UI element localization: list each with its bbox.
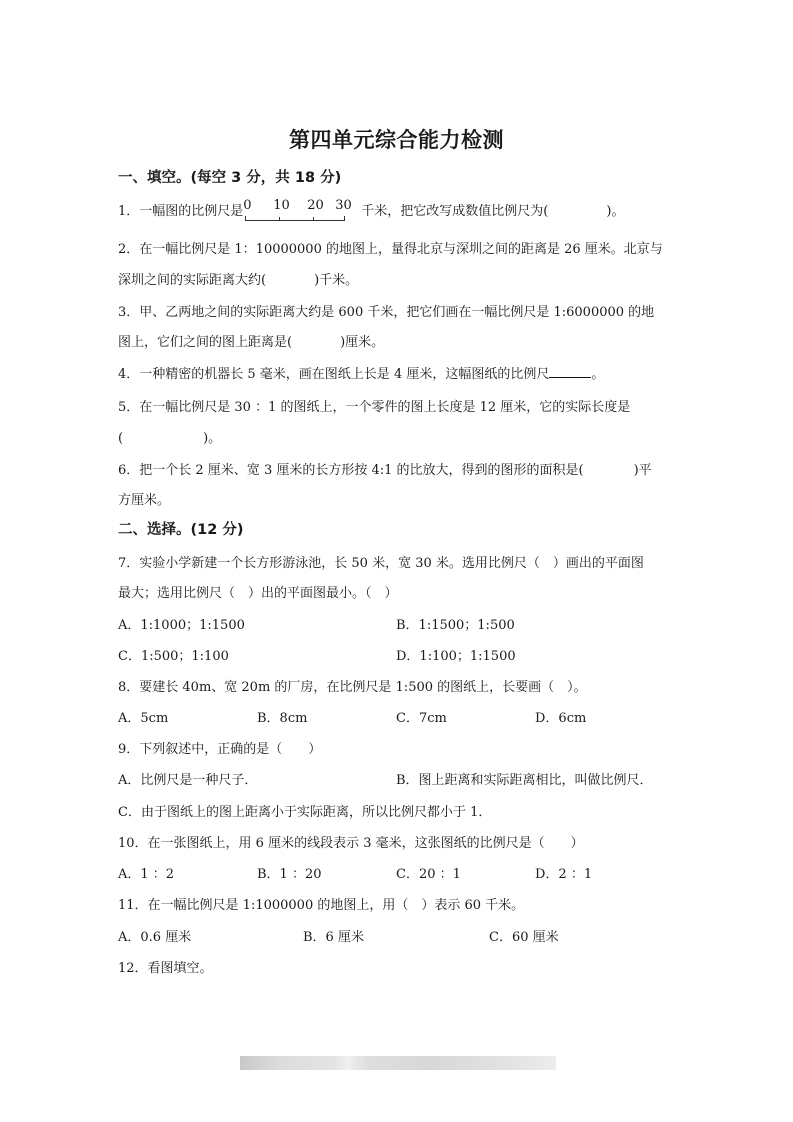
question-2-line-2: 深圳之间的实际距离大约()千米。 (118, 269, 358, 288)
q8-option-a[interactable]: A．5cm (118, 707, 168, 726)
q7-option-c[interactable]: C．1:500；1:100 (118, 645, 229, 664)
question-5-line-1: 5．在一幅比例尺是 30 ：1 的图纸上，一个零件的图上长度是 12 厘米，它的… (118, 396, 630, 415)
question-6-line-2: 方厘米。 (118, 489, 170, 508)
question-7-line-2: 最大；选用比例尺（ ）出的平面图最小。（ ） (118, 582, 398, 601)
q10-option-d[interactable]: D．2 ：1 (535, 863, 592, 882)
q7-option-d[interactable]: D．1:100；1:1500 (396, 645, 516, 664)
section-heading-fill-blank: 一、填空。(每空 3 分，共 18 分) (118, 166, 341, 187)
q7-option-a[interactable]: A．1:1000；1:1500 (118, 614, 245, 633)
page-title: 第四单元综合能力检测 (0, 124, 793, 154)
q8-option-d[interactable]: D．6cm (535, 707, 586, 726)
q8-option-c[interactable]: C．7cm (396, 707, 447, 726)
q11-option-c[interactable]: C．60 厘米 (489, 926, 559, 945)
q10-option-c[interactable]: C．20 ：1 (396, 863, 461, 882)
q11-option-b[interactable]: B．6 厘米 (303, 926, 364, 945)
question-4: 4．一种精密的机器长 5 毫米，画在图纸上长是 4 厘米，这幅图纸的比例尺。 (118, 363, 604, 382)
question-5-line-2: ()。 (118, 427, 221, 446)
answer-underline[interactable] (549, 365, 591, 378)
question-7-line-1: 7．实验小学新建一个长方形游泳池，长 50 米，宽 30 米。选用比例尺（ ）画… (118, 552, 644, 571)
q7-option-b[interactable]: B．1:1500；1:500 (396, 614, 515, 633)
question-12: 12．看图填空。 (118, 957, 213, 976)
question-10: 10．在一张图纸上，用 6 厘米的线段表示 3 毫米，这张图纸的比例尺是（ ） (118, 832, 584, 851)
q11-option-a[interactable]: A．0.6 厘米 (118, 926, 191, 945)
q9-option-a[interactable]: A．比例尺是一种尺子． (118, 769, 257, 788)
scale-ruler: 0 10 20 30 (243, 200, 355, 218)
ruler-bar (245, 216, 345, 221)
question-3-line-2: 图上，它们之间的图上距离是()厘米。 (118, 331, 384, 350)
q9-option-b[interactable]: B．图上距离和实际距离相比，叫做比例尺． (396, 769, 653, 788)
question-1: 1．一幅图的比例尺是 0 10 20 30 千米，把它改写成数值比例尺为()。 (118, 200, 624, 219)
q8-option-b[interactable]: B．8cm (257, 707, 307, 726)
question-9: 9．下列叙述中，正确的是（ ） (118, 738, 321, 757)
q9-option-c[interactable]: C．由于图纸上的图上距离小于实际距离，所以比例尺都小于 1． (118, 801, 491, 820)
question-8: 8．要建长 40m、宽 20m 的厂房，在比例尺是 1:500 的图纸上，长要画… (118, 676, 587, 695)
section-heading-choice: 二、选择。(12 分) (118, 518, 243, 539)
question-6-line-1: 6．把一个长 2 厘米、宽 3 厘米的长方形按 4:1 的比放大，得到的图形的面… (118, 459, 652, 478)
q10-option-a[interactable]: A．1 ：2 (118, 863, 174, 882)
redacted-footer (240, 1056, 556, 1070)
q10-option-b[interactable]: B．1 ：20 (257, 863, 322, 882)
question-2-line-1: 2．在一幅比例尺是 1：10000000 的地图上，量得北京与深圳之间的距离是 … (118, 238, 663, 257)
question-11: 11．在一幅比例尺是 1:1000000 的地图上，用（ ）表示 60 千米。 (118, 894, 524, 913)
question-3-line-1: 3．甲、乙两地之间的实际距离大约是 600 千米，把它们画在一幅比例尺是 1:6… (118, 301, 654, 320)
